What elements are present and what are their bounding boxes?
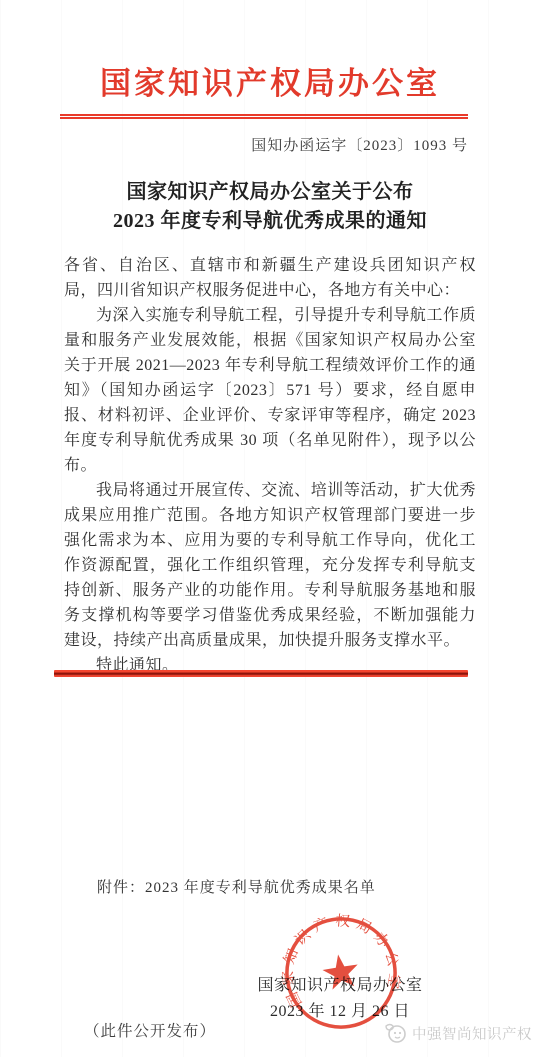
salutation: 各省、自治区、直辖市和新疆生产建设兵团知识产权局，四川省知识产权服务促进中心，各… [64,253,476,303]
paragraph-2: 我局将通过开展宣传、交流、培训等活动，扩大优秀成果应用推广范围。各地方知识产权管… [64,478,476,653]
attachment-line: 附件：2023 年度专利导航优秀成果名单 [97,876,376,897]
watermark-text: 中强智尚知识产权 [412,1023,532,1044]
separator-red-bar [54,670,468,677]
notice-body: 各省、自治区、直辖市和新疆生产建设兵团知识产权局，四川省知识产权服务促进中心，各… [64,253,476,678]
notice-title-line2: 2023 年度专利导航优秀成果的通知 [0,207,540,236]
watermark-logo-icon [383,1022,407,1044]
doc-number: 国知办函运字〔2023〕1093 号 [251,134,468,155]
official-seal: 国家知识产权局办公室 [273,905,408,1040]
seal-star-icon [320,952,360,991]
public-release-note: （此件公开发布） [84,1019,216,1041]
notice-title: 国家知识产权局办公室关于公布 2023 年度专利导航优秀成果的通知 [0,178,540,235]
header-red-rule [60,114,468,119]
seal-graphic: 国家知识产权局办公室 [273,905,408,1040]
document-page: 国家知识产权局办公室 国知办函运字〔2023〕1093 号 国家知识产权局办公室… [0,0,540,1057]
paragraph-1: 为深入实施专利导航工程，引导提升专利导航工作质量和服务产业发展效能，根据《国家知… [64,303,476,478]
notice-title-line1: 国家知识产权局办公室关于公布 [0,178,540,207]
watermark: 中强智尚知识产权 [383,1022,532,1044]
agency-title: 国家知识产权局办公室 [0,58,540,103]
